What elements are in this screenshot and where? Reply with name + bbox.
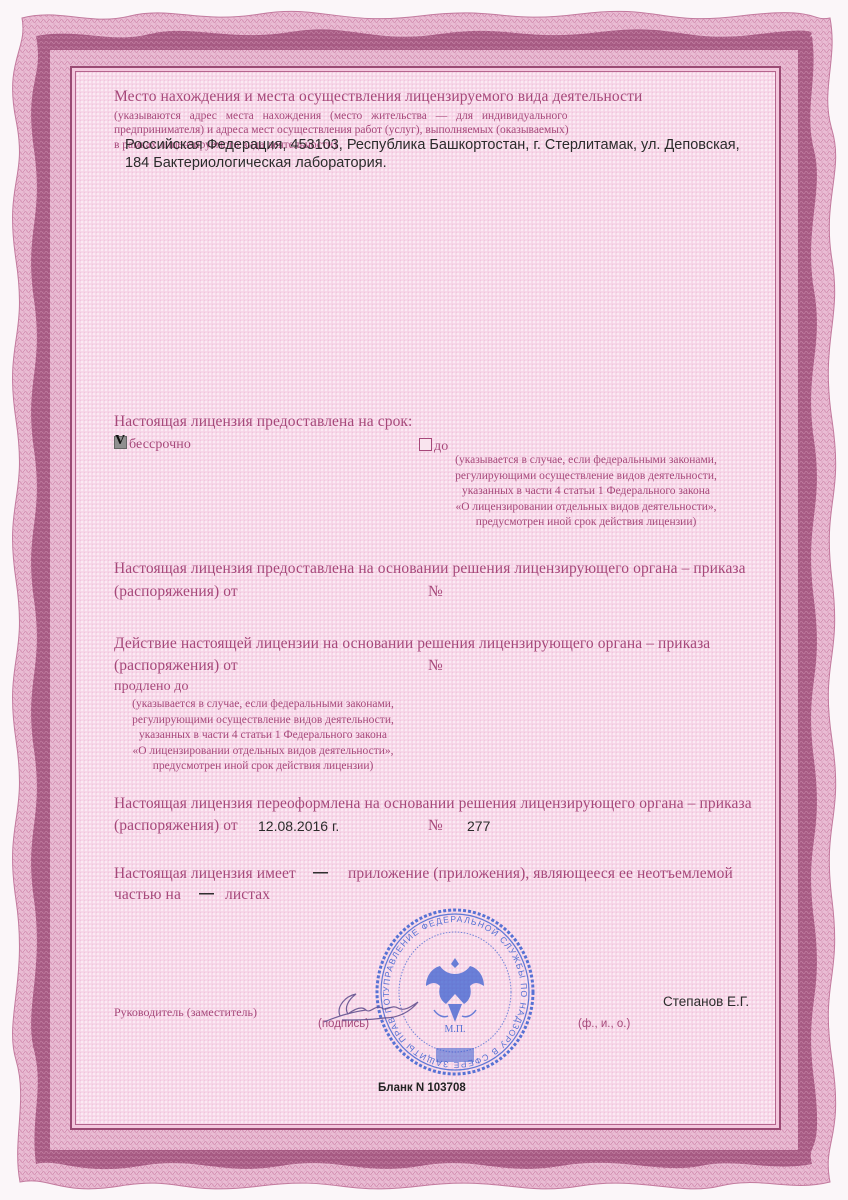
extension-note-line: предусмотрен иной срок действия лицензии… <box>108 759 418 775</box>
extended-until-label: продлено до <box>114 679 189 695</box>
unlimited-label: бессрочно <box>129 437 191 452</box>
until-note-line: (указывается в случае, если федеральными… <box>428 453 744 469</box>
reissue-number-sign: № <box>428 817 443 835</box>
location-heading: Место нахождения и места осуществления л… <box>114 88 642 106</box>
until-note: (указывается в случае, если федеральными… <box>428 453 744 531</box>
extension-note-line: регулирующими осуществление видов деятел… <box>108 713 418 729</box>
location-note-line1: (указываются адрес места нахождения (мес… <box>114 110 567 122</box>
signer-role: Руководитель (заместитель) <box>114 1005 257 1020</box>
location-note-line2: предпринимателя) и адреса мест осуществл… <box>114 124 569 136</box>
stamp-mp-text: М.П. <box>444 1024 465 1035</box>
until-note-line: указанных в части 4 статьи 1 Федеральног… <box>428 484 744 500</box>
option-unlimited[interactable]: Vбессрочно <box>114 436 191 453</box>
extension-note: (указывается в случае, если федеральными… <box>108 697 418 775</box>
extension-note-line: «О лицензировании отдельных видов деятел… <box>108 744 418 760</box>
extension-basis-line1: Действие настоящей лицензии на основании… <box>114 635 710 653</box>
reissue-number: 277 <box>467 818 490 834</box>
sheet-count: — <box>199 885 214 902</box>
appendix-count: — <box>313 864 328 881</box>
appendix-line1-suffix: приложение (приложения), являющееся ее н… <box>348 865 733 883</box>
extension-basis-line2: (распоряжения) от <box>114 657 238 675</box>
until-checkbox[interactable] <box>419 438 432 451</box>
reissue-basis-line1: Настоящая лицензия переоформлена на осно… <box>114 795 752 813</box>
reissue-date: 12.08.2016 г. <box>258 818 339 834</box>
blank-number: Бланк N 103708 <box>378 1082 466 1094</box>
grant-basis-line2: (распоряжения) от <box>114 583 238 601</box>
extension-note-line: указанных в части 4 статьи 1 Федеральног… <box>108 728 418 744</box>
signer-name: Степанов Е.Г. <box>663 994 749 1009</box>
name-caption: (ф., и., о.) <box>578 1018 630 1030</box>
grant-number-sign: № <box>428 583 443 601</box>
until-note-line: «О лицензировании отдельных видов деятел… <box>428 500 744 516</box>
appendix-line2-prefix: частью на <box>114 886 181 904</box>
address-line2: 184 Бактериологическая лаборатория. <box>125 155 387 171</box>
until-note-line: регулирующими осуществление видов деятел… <box>428 469 744 485</box>
appendix-line1-prefix: Настоящая лицензия имеет <box>114 865 296 883</box>
unlimited-checkbox[interactable]: V <box>114 436 127 449</box>
extension-note-line: (указывается в случае, если федеральными… <box>108 697 418 713</box>
term-heading: Настоящая лицензия предоставлена на срок… <box>114 413 412 431</box>
handwritten-signature <box>318 990 428 1030</box>
check-mark-icon: V <box>115 434 125 448</box>
reissue-basis-line2: (распоряжения) от <box>114 817 238 835</box>
extension-number-sign: № <box>428 657 443 675</box>
double-headed-eagle-icon <box>426 958 484 1022</box>
until-note-line: предусмотрен иной срок действия лицензии… <box>428 515 744 531</box>
until-label: до <box>434 439 448 454</box>
grant-basis-line1: Настоящая лицензия предоставлена на осно… <box>114 560 746 578</box>
address-line1: Российская Федерация, 453103, Республика… <box>125 137 740 153</box>
appendix-line2-suffix: листах <box>225 886 270 904</box>
